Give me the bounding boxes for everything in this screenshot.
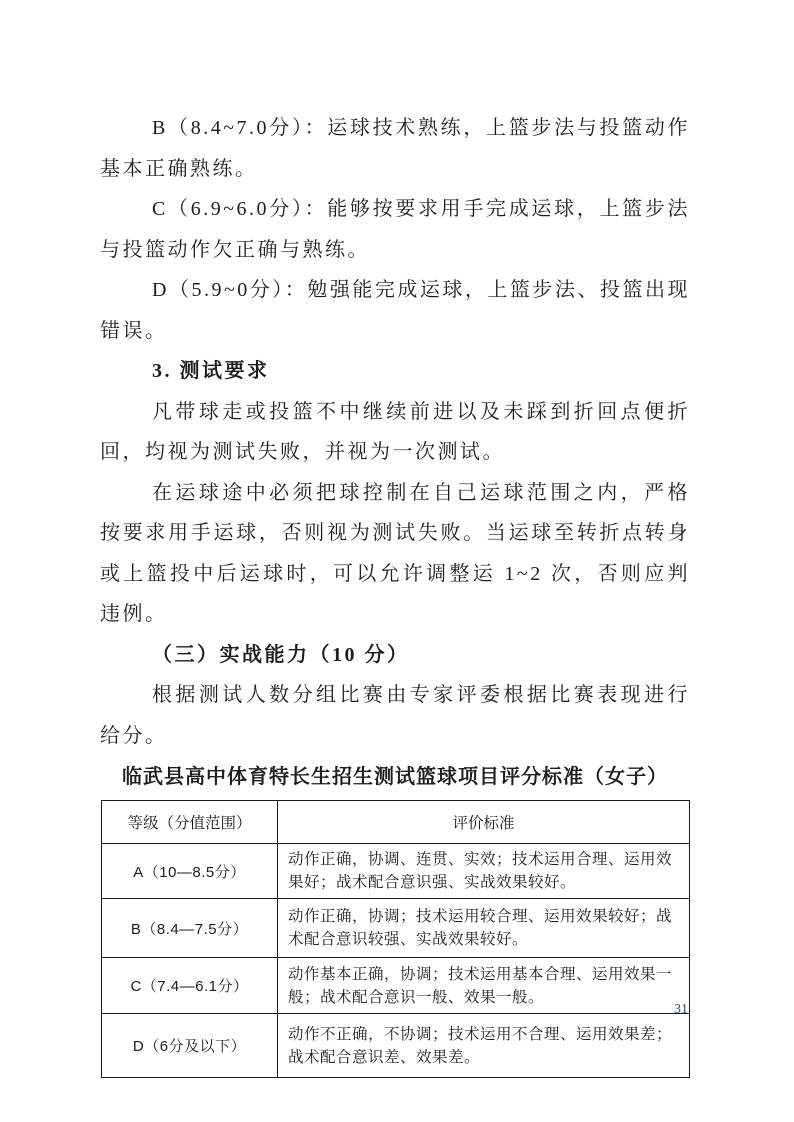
column-header-criteria: 评价标准 (278, 801, 690, 844)
grade-cell-b: B（8.4—7.5分） (102, 899, 278, 958)
table-row: C（7.4—6.1分） 动作基本正确，协调；技术运用基本合理、运用效果一般；战术… (102, 958, 690, 1014)
grade-cell-d: D（6分及以下） (102, 1014, 278, 1078)
criteria-cell-c: 动作基本正确，协调；技术运用基本合理、运用效果一般；战术配合意识一般、效果一般。 (278, 958, 690, 1014)
scoring-table-title: 临武县高中体育特长生招生测试篮球项目评分标准（女子） (100, 762, 690, 792)
grade-cell-a: A（10—8.5分） (102, 844, 278, 899)
heading-test-requirements: 3. 测试要求 (100, 351, 690, 392)
table-row: B（8.4—7.5分） 动作正确，协调；技术运用较合理、运用效果较好；战术配合意… (102, 899, 690, 958)
table-row: A（10—8.5分） 动作正确，协调、连贯、实效；技术运用合理、运用效果好；战术… (102, 844, 690, 899)
criteria-cell-a: 动作正确，协调、连贯、实效；技术运用合理、运用效果好；战术配合意识强、实战效果较… (278, 844, 690, 899)
criteria-cell-b: 动作正确，协调；技术运用较合理、运用效果较好；战术配合意识较强、实战效果较好。 (278, 899, 690, 958)
page-number: 31 (674, 1002, 688, 1018)
criteria-cell-d: 动作不正确，不协调；技术运用不合理、运用效果差；战术配合意识差、效果差。 (278, 1014, 690, 1078)
paragraph-combat-desc: 根据测试人数分组比赛由专家评委根据比赛表现进行给分。 (100, 675, 690, 756)
column-header-grade: 等级（分值范围） (102, 801, 278, 844)
table-row: D（6分及以下） 动作不正确，不协调；技术运用不合理、运用效果差；战术配合意识差… (102, 1014, 690, 1078)
paragraph-requirement-2: 在运球途中必须把球控制在自己运球范围之内，严格按要求用手运球，否则视为测试失败。… (100, 473, 690, 635)
table-header-row: 等级（分值范围） 评价标准 (102, 801, 690, 844)
scoring-table: 等级（分值范围） 评价标准 A（10—8.5分） 动作正确，协调、连贯、实效；技… (101, 800, 690, 1078)
grade-cell-c: C（7.4—6.1分） (102, 958, 278, 1014)
paragraph-grade-b: B（8.4~7.0分）：运球技术熟练，上篮步法与投篮动作基本正确熟练。 (100, 108, 690, 189)
document-page: B（8.4~7.0分）：运球技术熟练，上篮步法与投篮动作基本正确熟练。 C（6.… (0, 0, 794, 1122)
paragraph-grade-c: C（6.9~6.0分）：能够按要求用手完成运球，上篮步法与投篮动作欠正确与熟练。 (100, 189, 690, 270)
paragraph-requirement-1: 凡带球走或投篮不中继续前进以及未踩到折回点便折回，均视为测试失败，并视为一次测试… (100, 392, 690, 473)
heading-combat-ability: （三）实战能力（10 分） (100, 635, 690, 676)
paragraph-grade-d: D（5.9~0分）：勉强能完成运球，上篮步法、投篮出现错误。 (100, 270, 690, 351)
document-body: B（8.4~7.0分）：运球技术熟练，上篮步法与投篮动作基本正确熟练。 C（6.… (100, 108, 690, 1078)
